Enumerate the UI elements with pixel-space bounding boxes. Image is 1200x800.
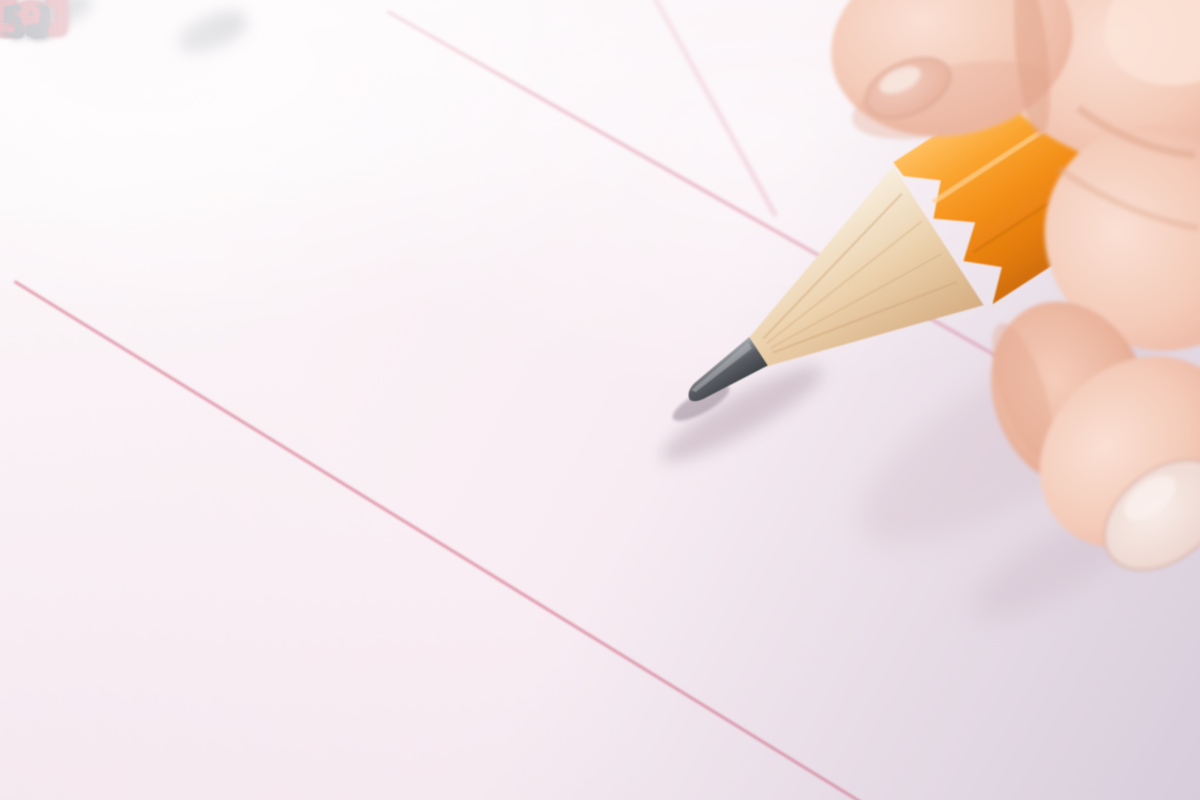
pencil-and-hand-overlay	[0, 0, 1200, 800]
answer-sheet-photo: 232425AAAAABBBBBCCCCCDDDDD282930AAABBBCC…	[0, 0, 1200, 800]
